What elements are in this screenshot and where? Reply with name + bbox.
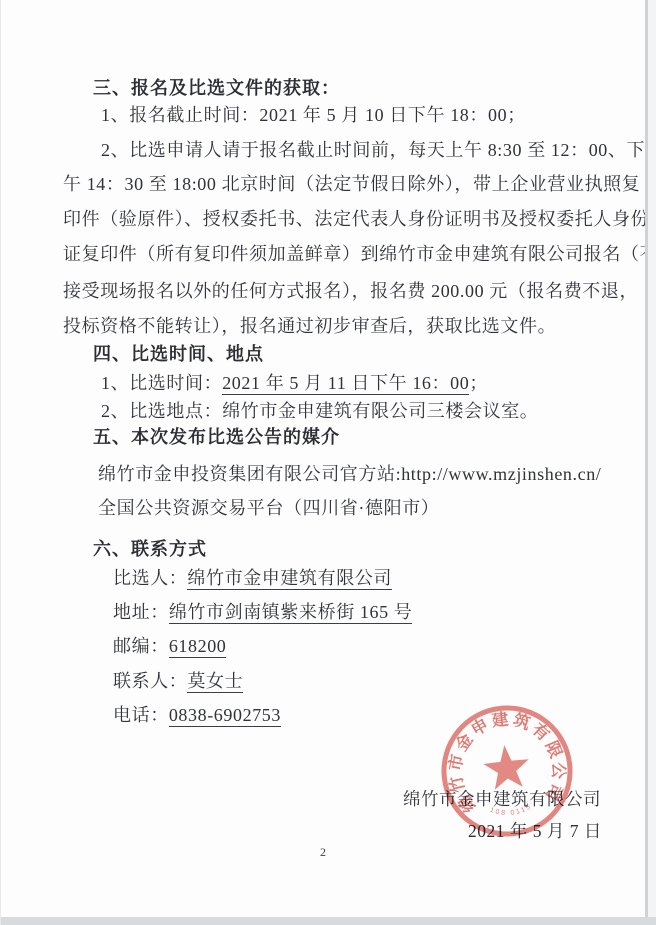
star-icon [482,743,532,791]
contact-label: 邮编： [113,636,169,656]
section4-item2: 2、比选地点：绵竹市金申建筑有限公司三楼会议室。 [101,399,538,423]
contact-label: 比选人： [113,568,187,588]
contact-label: 电话： [113,705,169,725]
company-seal-stamp: 绵竹市金申建筑有限公司 6108 01150 [419,683,595,859]
section3-heading: 三、报名及比选文件的获取： [93,76,340,100]
contact-label: 地址： [113,602,169,622]
contact-row-zipcode: 邮编：618200 [113,634,226,658]
media-public-platform: 全国公共资源交易平台（四川省·德阳市） [98,496,439,520]
bixuan-time-label: 1、比选时间： [101,373,222,393]
bixuan-time-suffix: ； [469,373,488,393]
bixuan-time-value: 2021 年 5 月 11 日下午 16：00 [222,373,469,395]
section3-item2-line: 投标资格不能转让），报名通过初步审查后，获取比选文件。 [63,314,556,338]
scan-edge-left [0,0,1,925]
contact-label: 联系人： [113,671,187,691]
contact-value: 绵竹市金申建筑有限公司 [187,568,392,590]
contact-value: 绵竹市剑南镇紫来桥街 165 号 [169,602,413,624]
scan-edge-bottom [0,917,656,925]
scanned-page: 三、报名及比选文件的获取： 1、报名截止时间：2021 年 5 月 10 日下午… [0,0,656,925]
section4-heading: 四、比选时间、地点 [93,342,264,366]
section3-item2-line: 接受现场报名以外的任何方式报名），报名费 200.00 元（报名费不退， [63,279,638,303]
scan-edge-right-line [645,0,648,925]
contact-value: 0838-6902753 [169,705,281,727]
contact-value: 莫女士 [187,671,243,693]
section6-heading: 六、联系方式 [93,537,207,561]
section3-item2-line: 午 14：30 至 18:00 北京时间（法定节假日除外），带上企业营业执照复 [63,172,640,196]
contact-value: 618200 [169,636,227,658]
section3-item2-line: 印件（验原件）、授权委托书、法定代表人身份证明书及授权委托人身份 [63,207,649,231]
section5-heading: 五、本次发布比选公告的媒介 [93,425,340,449]
section4-item1: 1、比选时间：2021 年 5 月 11 日下午 16：00； [101,371,488,395]
contact-row-address: 地址：绵竹市剑南镇紫来桥街 165 号 [113,600,412,624]
section3-item1: 1、报名截止时间：2021 年 5 月 10 日下午 18：00； [101,103,526,127]
media-official-site: 绵竹市金申投资集团有限公司官方站:http://www.mzjinshen.cn… [98,462,601,486]
page-number: 2 [320,845,326,860]
section3-item2-line: 证复印件（所有复印件须加盖鲜章）到绵竹市金申建筑有限公司报名（不 [63,242,656,266]
section3-item2-line: 2、比选申请人请于报名截止时间前，每天上午 8:30 至 12：00、下 [101,138,645,162]
contact-row-phone: 电话：0838-6902753 [113,703,281,727]
contact-row-person: 联系人：莫女士 [113,669,243,693]
contact-row-bixuanren: 比选人：绵竹市金申建筑有限公司 [113,566,392,590]
scan-edge-right [648,0,656,925]
